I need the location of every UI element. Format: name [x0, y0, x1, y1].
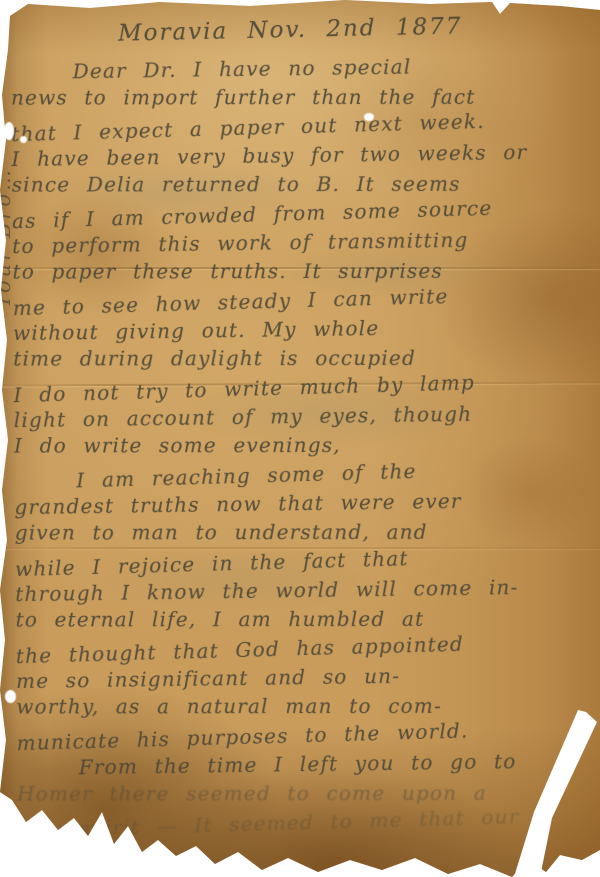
damage-fleck: [0, 425, 7, 441]
damage-fleck: [5, 690, 16, 703]
letter-line: Dear Dr. I have no special: [11, 50, 591, 87]
damage-fleck: [364, 113, 374, 121]
scanned-letter-page: Your Bro… Moravia Nov. 2nd 1877 Dear Dr.…: [0, 0, 600, 877]
damage-fleck: [4, 122, 14, 140]
letter-paper: Your Bro… Moravia Nov. 2nd 1877 Dear Dr.…: [0, 0, 600, 877]
letter-body: Dear Dr. I have no special news to impor…: [11, 51, 598, 839]
damage-fleck: [20, 136, 27, 143]
letter-dateline: Moravia Nov. 2nd 1877: [118, 11, 558, 46]
